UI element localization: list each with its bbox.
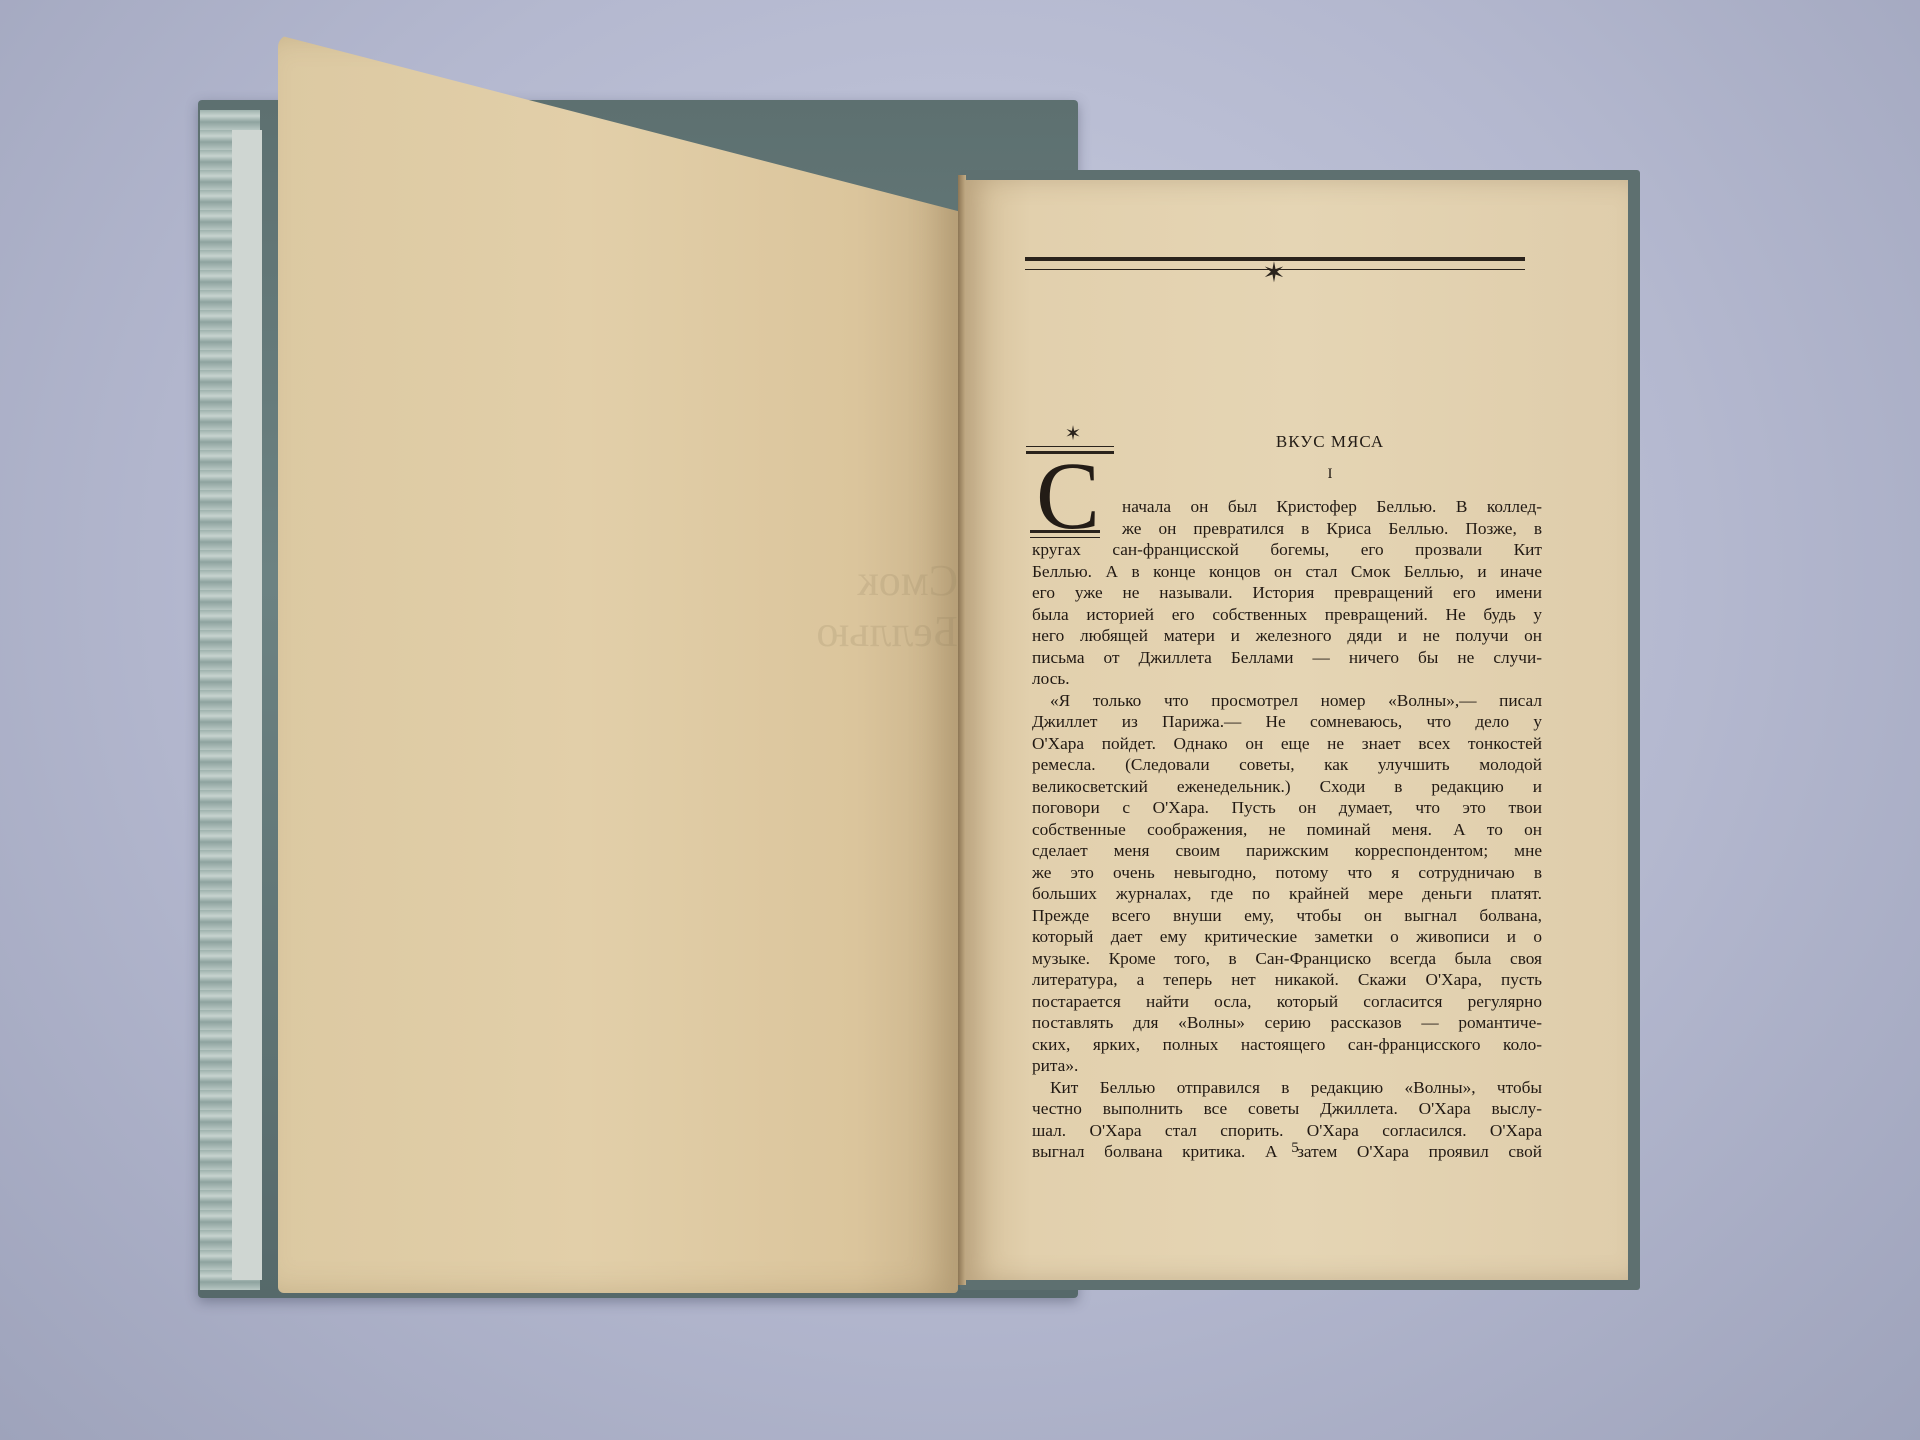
- text-line: О'Хара пойдет. Однако он еще не знает вс…: [1032, 733, 1542, 755]
- text-line: честно выполнить все советы Джиллета. О'…: [1032, 1098, 1542, 1120]
- cover-inner-board: [232, 130, 262, 1280]
- text-line: была историей его собственных превращени…: [1032, 604, 1542, 626]
- text-line: же это очень невыгодно, потому что я сот…: [1032, 862, 1542, 884]
- text-line: его уже не называли. История превращений…: [1032, 582, 1542, 604]
- fleuron-ornament-icon: ✶: [1246, 260, 1302, 296]
- text-line: великосветский еженедельник.) Сходи в ре…: [1032, 776, 1542, 798]
- body-text: начала он был Кристофер Беллью. В коллед…: [1032, 496, 1542, 1163]
- text-line: него любящей матери и железного дяди и н…: [1032, 625, 1542, 647]
- text-line: «Я только что просмотрел номер «Волны»,—…: [1032, 690, 1542, 712]
- text-line: поставлять для «Волны» серию рассказов —…: [1032, 1012, 1542, 1034]
- text-line: рита».: [1032, 1055, 1542, 1077]
- chapter-title: ВКУС МЯСА: [1180, 432, 1480, 452]
- text-line: сделает меня своим парижским корреспонде…: [1032, 840, 1542, 862]
- section-number: I: [1180, 466, 1480, 483]
- text-line: Кит Беллью отправился в редакцию «Волны»…: [1032, 1077, 1542, 1099]
- text-line: начала он был Кристофер Беллью. В коллед…: [1032, 496, 1542, 518]
- text-line: же он превратился в Криса Беллью. Позже,…: [1032, 518, 1542, 540]
- text-line: ских, ярких, полных настоящего сан-франц…: [1032, 1034, 1542, 1056]
- text-line: шал. О'Хара стал спорить. О'Хара согласи…: [1032, 1120, 1542, 1142]
- text-line: который дает ему критические заметки о ж…: [1032, 926, 1542, 948]
- text-line: музыке. Кроме того, в Сан-Франциско всег…: [1032, 948, 1542, 970]
- text-line: больших журналах, где по крайней мере де…: [1032, 883, 1542, 905]
- open-book: Смок Беллью ✶ ✶ С ВКУС МЯСА I начала он …: [0, 0, 1920, 1440]
- text-line: лось.: [1032, 668, 1542, 690]
- text-line: письма от Джиллета Беллами — ничего бы н…: [1032, 647, 1542, 669]
- text-line: Джиллет из Парижа.— Не сомневаюсь, что д…: [1032, 711, 1542, 733]
- text-line: кругах сан-францисской богемы, его прозв…: [1032, 539, 1542, 561]
- text-line: Прежде всего внуши ему, чтобы он выгнал …: [1032, 905, 1542, 927]
- text-line: поговори с О'Хара. Пусть он думает, что …: [1032, 797, 1542, 819]
- text-line: собственные соображения, не поминай меня…: [1032, 819, 1542, 841]
- left-page: Смок Беллью: [278, 35, 958, 1293]
- text-line: литература, а теперь нет никакой. Скажи …: [1032, 969, 1542, 991]
- page-number: 5: [1280, 1140, 1310, 1157]
- show-through-text: Смок Беллью: [808, 555, 958, 657]
- text-line: Беллью. А в конце концов он стал Смок Бе…: [1032, 561, 1542, 583]
- text-line: постарается найти осла, который согласит…: [1032, 991, 1542, 1013]
- text-line: ремесла. (Следовали советы, как улучшить…: [1032, 754, 1542, 776]
